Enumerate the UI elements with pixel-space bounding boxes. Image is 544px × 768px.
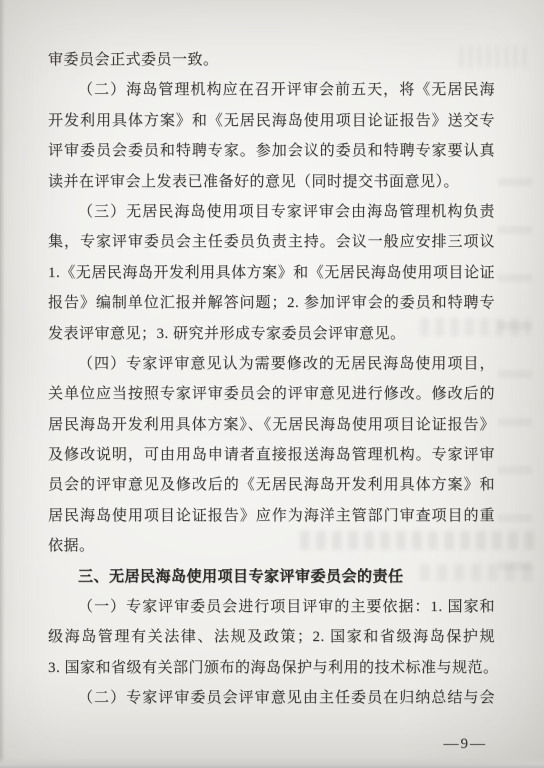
text-line: 依据。 — [48, 531, 495, 561]
scanned-document-page: 审委员会正式委员一致。（二）海岛管理机构应在召开评审会前五天，将《无居民海岛开发… — [0, 0, 544, 768]
text-line: （四）专家评审意见认为需要修改的无居民海岛使用项目，有 — [48, 349, 495, 379]
scan-bottom-edge — [0, 758, 544, 768]
document-lines: 审委员会正式委员一致。（二）海岛管理机构应在召开评审会前五天，将《无居民海岛开发… — [48, 45, 495, 714]
text-line: 员会的评审意见及修改后的《无居民海岛开发利用具体方案》和《无 — [48, 470, 495, 500]
text-line: 报告》编制单位汇报并解答问题；2. 参加评审会的委员和特聘专家 — [48, 288, 495, 318]
text-line: 关单位应当按照专家评审委员会的评审意见进行修改。修改后的《无 — [48, 379, 495, 409]
text-line: （三）无居民海岛使用项目专家评审会由海岛管理机构负责召 — [48, 197, 495, 227]
text-line: 3. 国家和省级有关部门颁布的海岛保护与利用的技术标准与规范。 — [48, 653, 495, 683]
section-heading: 三、无居民海岛使用项目专家评审委员会的责任 — [48, 562, 495, 592]
text-line: 居民海岛使用项目论证报告》应作为海洋主管部门审查项目的重要 — [48, 501, 495, 531]
text-line: 1.《无居民海岛开发利用具体方案》和《无居民海岛使用项目论证 — [48, 258, 495, 288]
text-line: 读并在评审会上发表已准备好的意见（同时提交书面意见）。 — [48, 167, 495, 197]
text-line: 级海岛管理有关法律、法规及政策；2. 国家和省级海岛保护规划； — [48, 622, 495, 652]
text-line: 开发利用具体方案》和《无居民海岛使用项目论证报告》送交专家 — [48, 106, 495, 136]
text-line: 集，专家评审委员会主任委员负责主持。会议一般应安排三项议程： — [48, 227, 495, 257]
ink-bleed-smudge — [498, 150, 532, 570]
text-line: 评审委员会委员和特聘专家。参加会议的委员和特聘专家要认真阅 — [48, 136, 495, 166]
text-line: （二）海岛管理机构应在召开评审会前五天，将《无居民海岛 — [48, 75, 495, 105]
text-line: 发表评审意见；3. 研究并形成专家委员会评审意见。 — [48, 319, 495, 349]
page-number: —9— — [444, 736, 488, 753]
text-line: 审委员会正式委员一致。 — [48, 45, 495, 75]
text-line: （一）专家评审委员会进行项目评审的主要依据：1. 国家和省 — [48, 592, 495, 622]
text-line: 居民海岛开发利用具体方案》、《无居民海岛使用项目论证报告》以 — [48, 410, 495, 440]
scan-left-edge — [0, 0, 5, 768]
text-line: （二）专家评审委员会评审意见由主任委员在归纳总结与会专 — [48, 683, 495, 713]
text-line: 及修改说明，可由用岛申请者直接报送海岛管理机构。专家评审委 — [48, 440, 495, 470]
